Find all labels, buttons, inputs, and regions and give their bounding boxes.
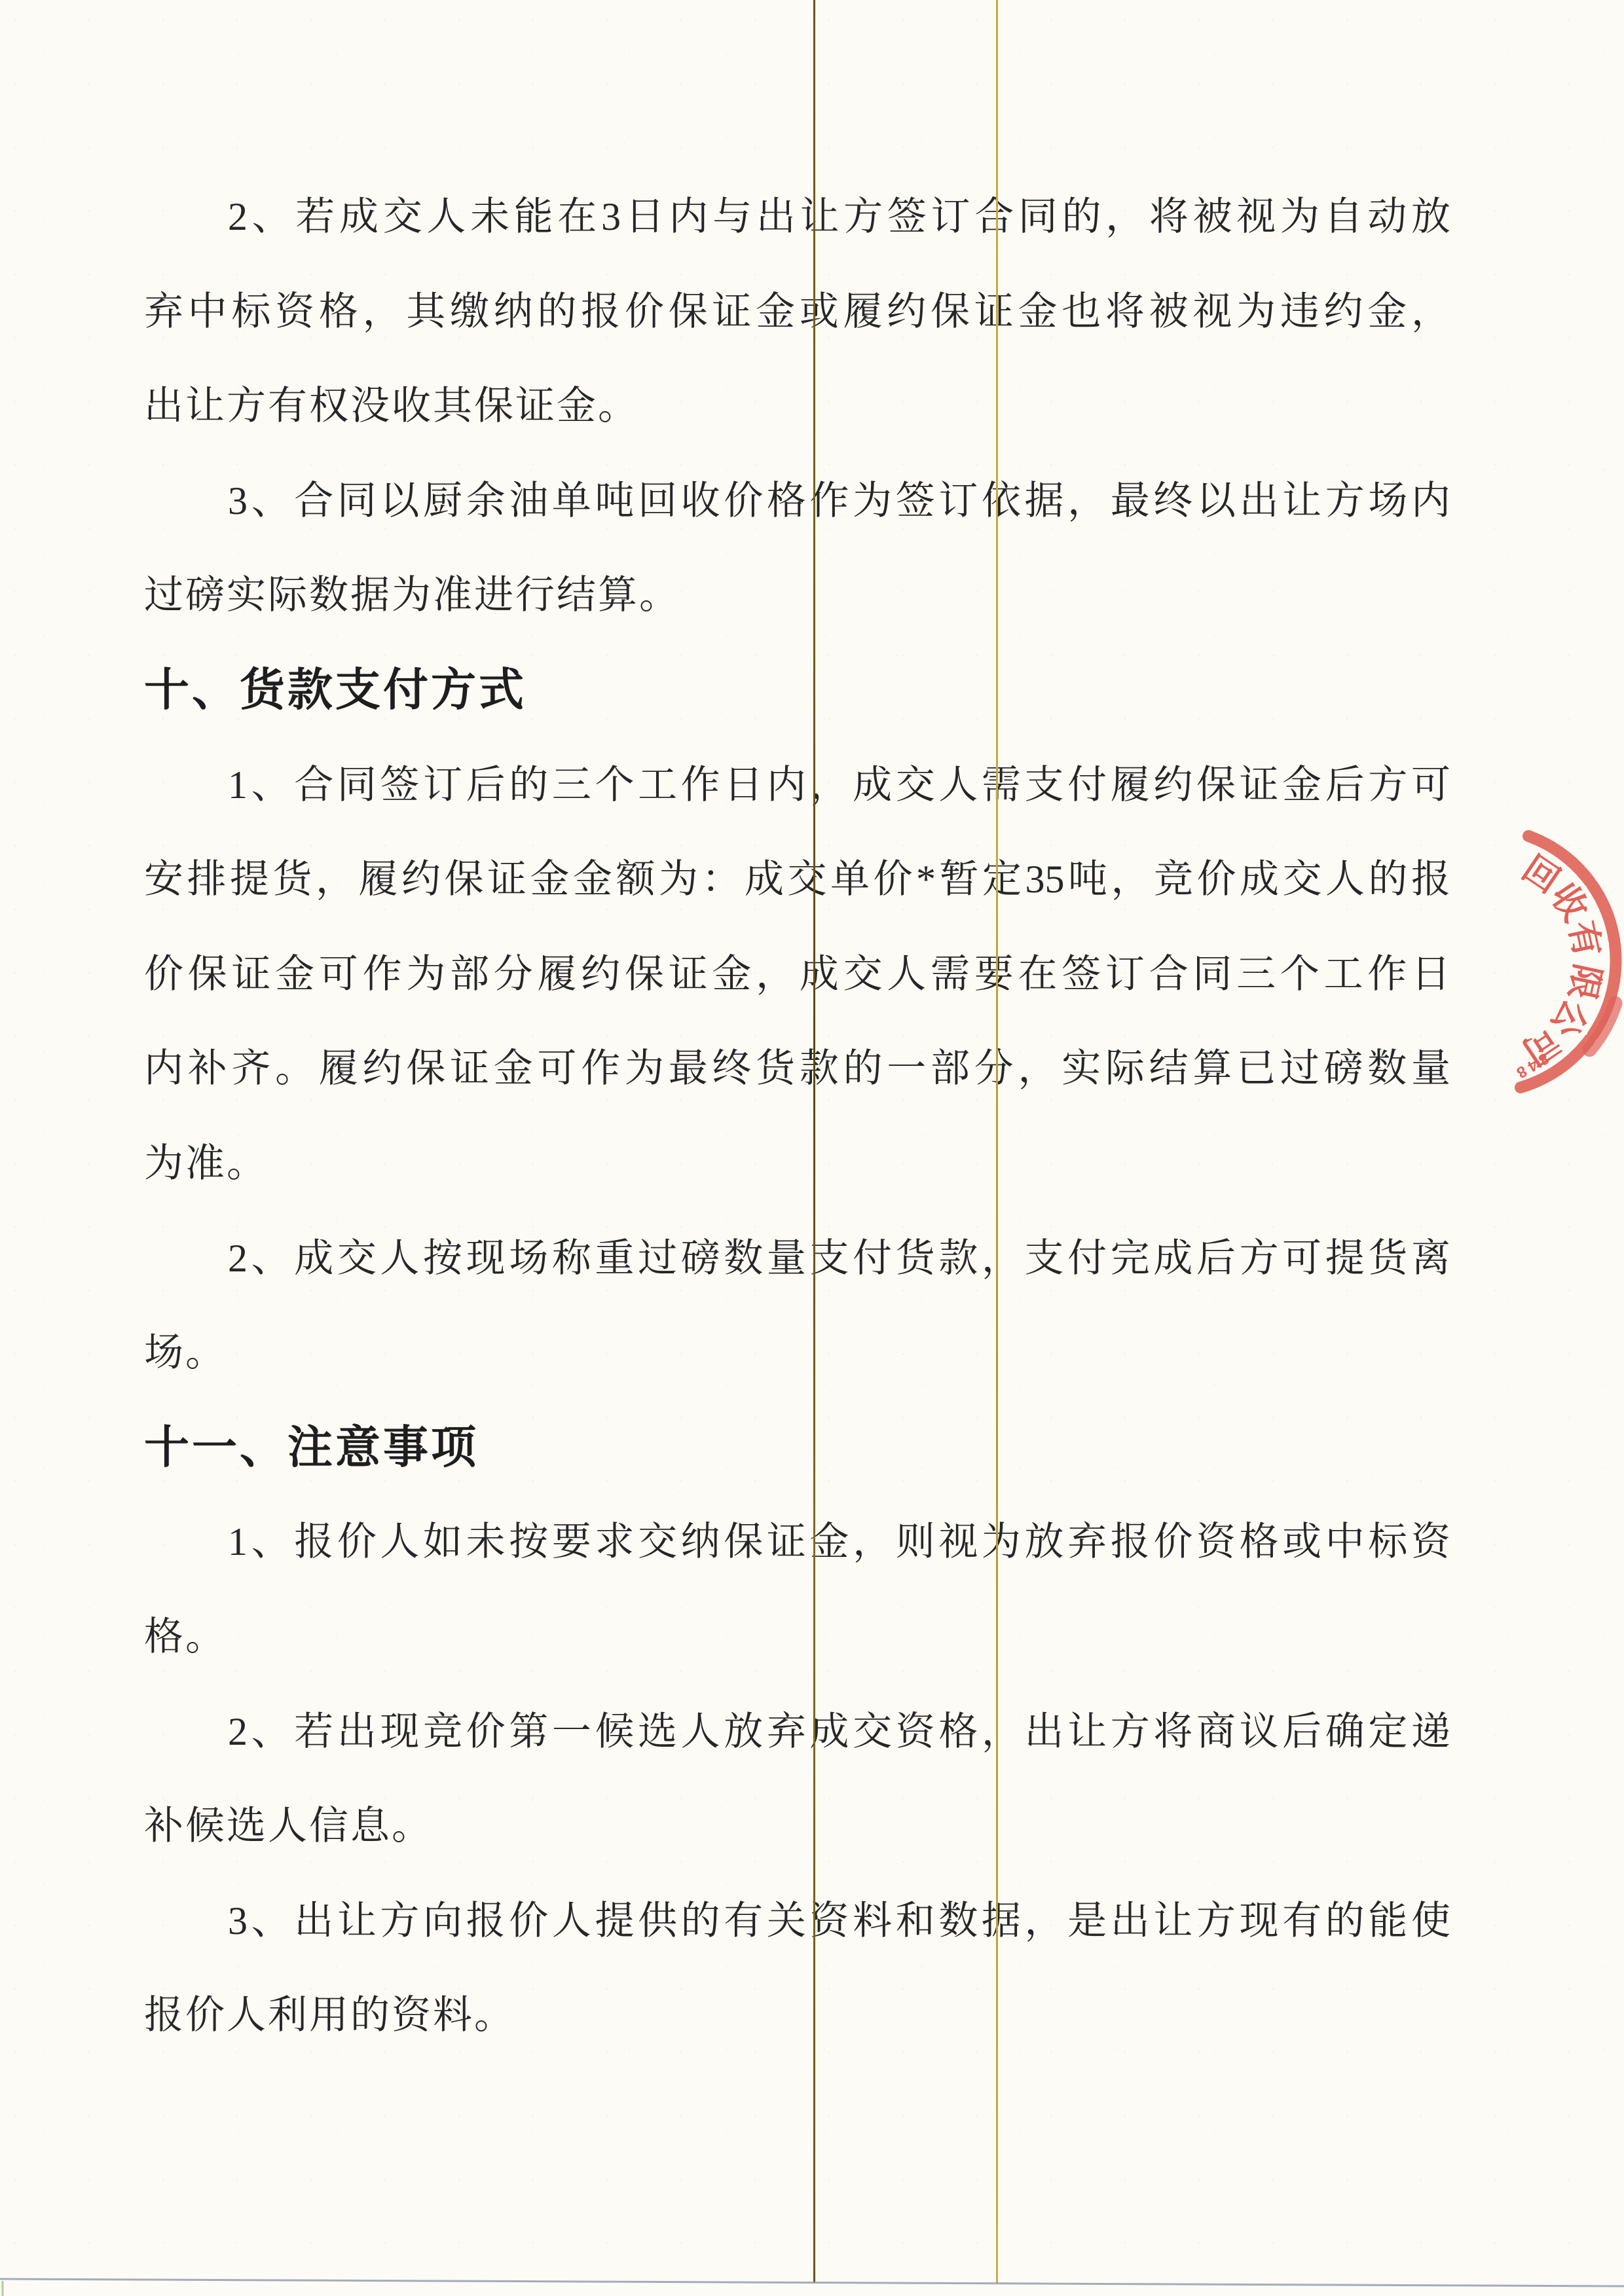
text-line: 2、成交人按现场称重过磅数量支付货款，支付完成后方可提货离 [144, 1211, 1450, 1306]
text-line: 场。 [144, 1305, 1450, 1400]
fold-line-right [996, 0, 998, 2283]
text-line: 1、合同签订后的三个工作日内，成交人需支付履约保证金后方可 [144, 738, 1450, 833]
text-line: 为准。 [144, 1116, 1450, 1211]
text-line: 2、若成交人未能在3日内与出让方签订合同的，将被视为自动放 [144, 170, 1450, 264]
text-line: 报价人利用的资料。 [144, 1968, 1450, 2063]
scan-edge-line [0, 2279, 1624, 2286]
text-line: 出让方有权没收其保证金。 [144, 359, 1450, 454]
text-line: 内补齐。履约保证金可作为最终货款的一部分，实际结算已过磅数量 [144, 1021, 1450, 1116]
text-line: 价保证金可作为部分履约保证金，成交人需要在签订合同三个工作日 [144, 927, 1450, 1022]
section-heading: 十、货款支付方式 [144, 643, 1450, 738]
scanned-document-page: 2、若成交人未能在3日内与出让方签订合同的，将被视为自动放弃中标资格，其缴纳的报… [0, 0, 1624, 2296]
text-line: 3、出让方向报价人提供的有关资料和数据，是出让方现有的能使 [144, 1874, 1450, 1969]
stamp-character: 有 [1562, 918, 1608, 960]
text-line: 3、合同以厨余油单吨回收价格作为签订依据，最终以出让方场内 [144, 454, 1450, 549]
fold-line-left [813, 0, 815, 2283]
text-line: 安排提货，履约保证金金额为：成交单价*暂定35吨，竞价成交人的报 [144, 832, 1450, 927]
scan-edge-artifacts [0, 2273, 1624, 2296]
text-line: 格。 [144, 1590, 1450, 1685]
text-line: 弃中标资格，其缴纳的报价保证金或履约保证金也将被视为违约金， [144, 264, 1450, 359]
text-line: 补候选人信息。 [144, 1779, 1450, 1874]
section-heading: 十一、注意事项 [144, 1400, 1450, 1495]
text-line: 1、报价人如未按要求交纳保证金，则视为放弃报价资格或中标资 [144, 1495, 1450, 1590]
document-text-block: 2、若成交人未能在3日内与出让方签订合同的，将被视为自动放弃中标资格，其缴纳的报… [144, 170, 1450, 2063]
company-stamp: 回 收 有 限 公 司 848 [1511, 812, 1624, 1126]
text-line: 过磅实际数据为准进行结算。 [144, 548, 1450, 643]
text-line: 2、若出现竞价第一候选人放弃成交资格，出让方将商议后确定递 [144, 1685, 1450, 1779]
